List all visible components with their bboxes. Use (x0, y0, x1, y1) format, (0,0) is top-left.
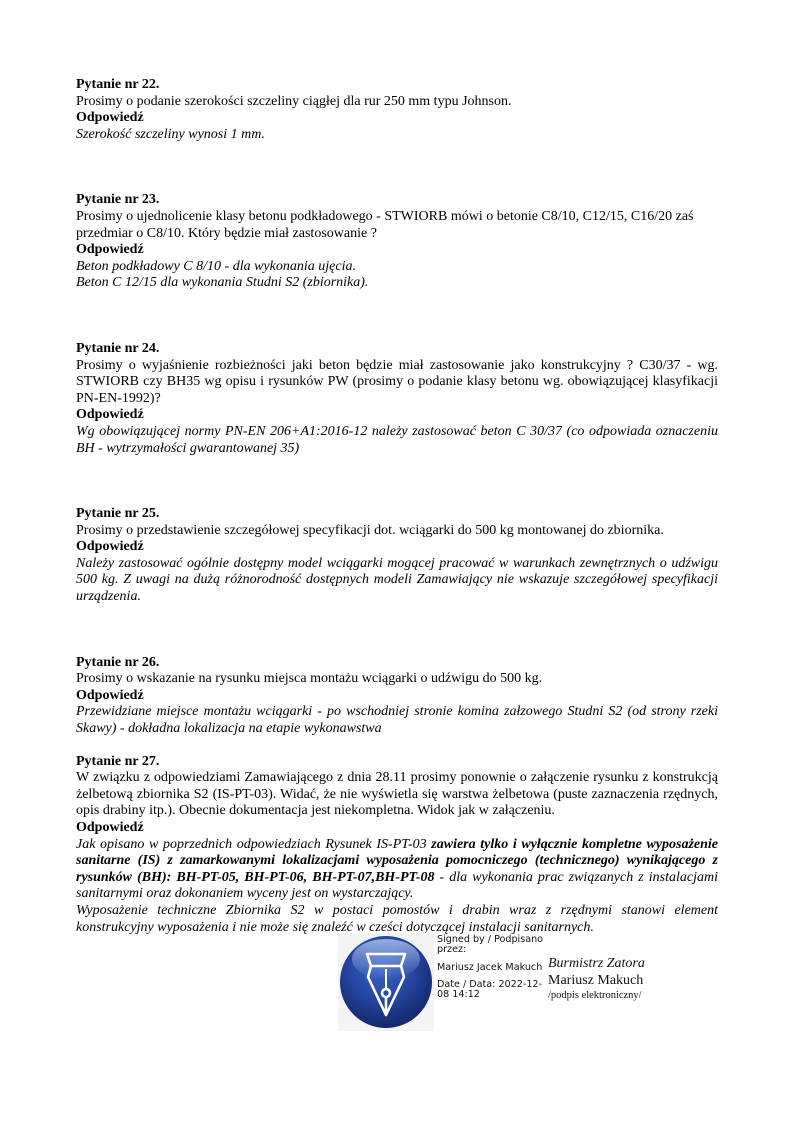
qa-block-23: Pytanie nr 23. Prosimy o ujednolicenie k… (76, 192, 718, 292)
qa-block-27: Pytanie nr 27. W związku z odpowiedziami… (76, 754, 718, 937)
answer-text: Jak opisano w poprzednich odpowiedziach … (76, 837, 718, 903)
qa-block-24: Pytanie nr 24. Prosimy o wyjaśnienie roz… (76, 341, 718, 457)
answer-label: Odpowiedź (76, 110, 718, 127)
answer-text: Beton podkładowy C 8/10 - dla wykonania … (76, 259, 718, 276)
signature-note: /podpis elektroniczny/ (548, 989, 678, 1003)
answer-text-paragraph-2: Wyposażenie techniczne Zbiornika S2 w po… (76, 903, 718, 936)
signer-name: Mariusz Jacek Makuch (437, 963, 547, 973)
answer-text: Należy zastosować ogólnie dostępny model… (76, 556, 718, 606)
qa-block-26: Pytanie nr 26. Prosimy o wskazanie na ry… (76, 655, 718, 738)
signatory-role: Burmistrz Zatora (548, 955, 678, 972)
question-title: Pytanie nr 23. (76, 192, 718, 209)
signature-details: Signed by / Podpisano przez: Mariusz Jac… (437, 935, 547, 1007)
question-text: Prosimy o wyjaśnienie rozbieżności jaki … (76, 358, 718, 408)
signatory-block: Burmistrz Zatora Mariusz Makuch /podpis … (548, 955, 678, 1003)
answer-text-start: Jak opisano w poprzednich odpowiedziach … (76, 837, 431, 852)
signatory-name: Mariusz Makuch (548, 972, 678, 989)
answer-text: Przewidziane miejsce montażu wciągarki -… (76, 704, 718, 737)
answer-label: Odpowiedź (76, 407, 718, 424)
document-page: Pytanie nr 22. Prosimy o podanie szeroko… (76, 77, 718, 936)
qa-block-22: Pytanie nr 22. Prosimy o podanie szeroko… (76, 77, 718, 143)
question-text: W związku z odpowiedziami Zamawiającego … (76, 770, 718, 820)
question-text: Prosimy o wskazanie na rysunku miejsca m… (76, 671, 718, 688)
question-text: Prosimy o przedstawienie szczegółowej sp… (76, 523, 718, 540)
answer-label: Odpowiedź (76, 539, 718, 556)
answer-text: Szerokość szczeliny wynosi 1 mm. (76, 127, 718, 144)
signed-by-label: Signed by / Podpisano przez: (437, 935, 547, 956)
question-title: Pytanie nr 26. (76, 655, 718, 672)
question-title: Pytanie nr 24. (76, 341, 718, 358)
answer-text: Wg obowiązującej normy PN-EN 206+A1:2016… (76, 424, 718, 457)
signature-date: Date / Data: 2022-12-08 14:12 (437, 980, 547, 1001)
question-title: Pytanie nr 27. (76, 754, 718, 771)
answer-text: Beton C 12/15 dla wykonania Studni S2 (z… (76, 275, 718, 292)
question-title: Pytanie nr 25. (76, 506, 718, 523)
answer-label: Odpowiedź (76, 242, 718, 259)
fountain-pen-nib-icon (338, 933, 434, 1031)
question-text: Prosimy o ujednolicenie klasy betonu pod… (76, 209, 706, 242)
electronic-signature: Signed by / Podpisano przez: Mariusz Jac… (338, 933, 668, 1033)
answer-label: Odpowiedź (76, 688, 718, 705)
answer-label: Odpowiedź (76, 820, 718, 837)
question-title: Pytanie nr 22. (76, 77, 718, 94)
qa-block-25: Pytanie nr 25. Prosimy o przedstawienie … (76, 506, 718, 606)
question-text: Prosimy o podanie szerokości szczeliny c… (76, 94, 718, 111)
